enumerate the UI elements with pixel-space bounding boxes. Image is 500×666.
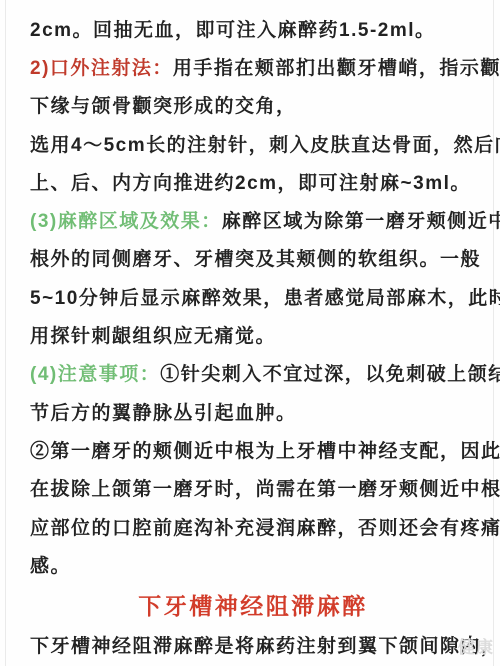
section-heading: 下牙槽神经阻滞麻醉	[30, 583, 476, 625]
page-right-border	[493, 0, 494, 666]
line-text: 根外的同侧磨牙、牙槽突及其颊侧的软组织。一般	[30, 244, 481, 271]
text-line: 2)口外注射法： 用手指在颊部扪出颧牙槽峭，指示颧骨	[30, 47, 476, 85]
line-text: 用探针刺龈组织应无痛觉。	[30, 321, 276, 348]
document-body: 2cm。回抽无血，即可注入麻醉药1.5-2ml。 2)口外注射法： 用手指在颊部…	[30, 9, 476, 664]
text-line: 感。	[30, 545, 476, 583]
line-text: ①针尖刺入不宜过深，以免刺破上颌结	[160, 359, 500, 386]
text-line: 应部位的口腔前庭沟补充浸润麻醉，否则还会有疼痛	[30, 507, 476, 545]
line-text: 感。	[30, 551, 71, 578]
text-line: 下缘与颌骨颧突形成的交角，	[30, 86, 476, 124]
text-line: ②第一磨牙的颊侧近中根为上牙槽中神经支配，因此，	[30, 430, 476, 468]
text-line: 5~10分钟后显示麻醉效果，患者感觉局部麻木，此时	[30, 277, 476, 315]
line-text: 在拔除上颌第一磨牙时，尚需在第一磨牙颊侧近中根相	[30, 474, 500, 501]
text-line: (4)注意事项： ①针尖刺入不宜过深，以免刺破上颌结	[30, 354, 476, 392]
text-line-footer: 下牙槽神经阻滞麻醉是将麻药注射到翼下颌间隙内，故	[30, 625, 476, 663]
line-text: ②第一磨牙的颊侧近中根为上牙槽中神经支配，因此，	[30, 436, 500, 463]
text-line: 在拔除上颌第一磨牙时，尚需在第一磨牙颊侧近中根相	[30, 469, 476, 507]
text-line: (3)麻醉区域及效果： 麻醉区域为除第一磨牙颊侧近中	[30, 200, 476, 238]
text-line: 2cm。回抽无血，即可注入麻醉药1.5-2ml。	[30, 9, 476, 47]
line-text: 下缘与颌骨颧突形成的交角，	[30, 91, 297, 118]
line-text: 下牙槽神经阻滞麻醉是将麻药注射到翼下颌间隙内，故	[30, 631, 500, 658]
line-text: 上、后、内方向推进约2cm，即可注射麻~3ml。	[30, 168, 471, 195]
text-line: 上、后、内方向推进约2cm，即可注射麻~3ml。	[30, 162, 476, 200]
line-text: 用手指在颊部扪出颧牙槽峭，指示颧骨	[173, 53, 500, 80]
text-line: 节后方的翼静脉丛引起血肿。	[30, 392, 476, 430]
line-text: 5~10分钟后显示麻醉效果，患者感觉局部麻木，此时	[30, 283, 500, 310]
text-line: 用探针刺龈组织应无痛觉。	[30, 315, 476, 353]
text-line: 选用4～5cm长的注射针，刺入皮肤直达骨面，然后向	[30, 124, 476, 162]
page-left-border	[5, 0, 6, 666]
line-label: (4)注意事项：	[30, 359, 160, 386]
line-label: (3)麻醉区域及效果：	[30, 206, 222, 233]
line-label: 2)口外注射法：	[30, 53, 173, 80]
line-text: 选用4～5cm长的注射针，刺入皮肤直达骨面，然后向	[30, 130, 500, 157]
line-text: 麻醉区域为除第一磨牙颊侧近中	[222, 206, 500, 233]
line-text: 2cm。回抽无血，即可注入麻醉药1.5-2ml。	[30, 15, 436, 42]
line-text: 节后方的翼静脉丛引起血肿。	[30, 398, 297, 425]
text-line: 根外的同侧磨牙、牙槽突及其颊侧的软组织。一般	[30, 239, 476, 277]
document-page: 2cm。回抽无血，即可注入麻醉药1.5-2ml。 2)口外注射法： 用手指在颊部…	[0, 0, 500, 666]
line-text: 应部位的口腔前庭沟补充浸润麻醉，否则还会有疼痛	[30, 513, 500, 540]
